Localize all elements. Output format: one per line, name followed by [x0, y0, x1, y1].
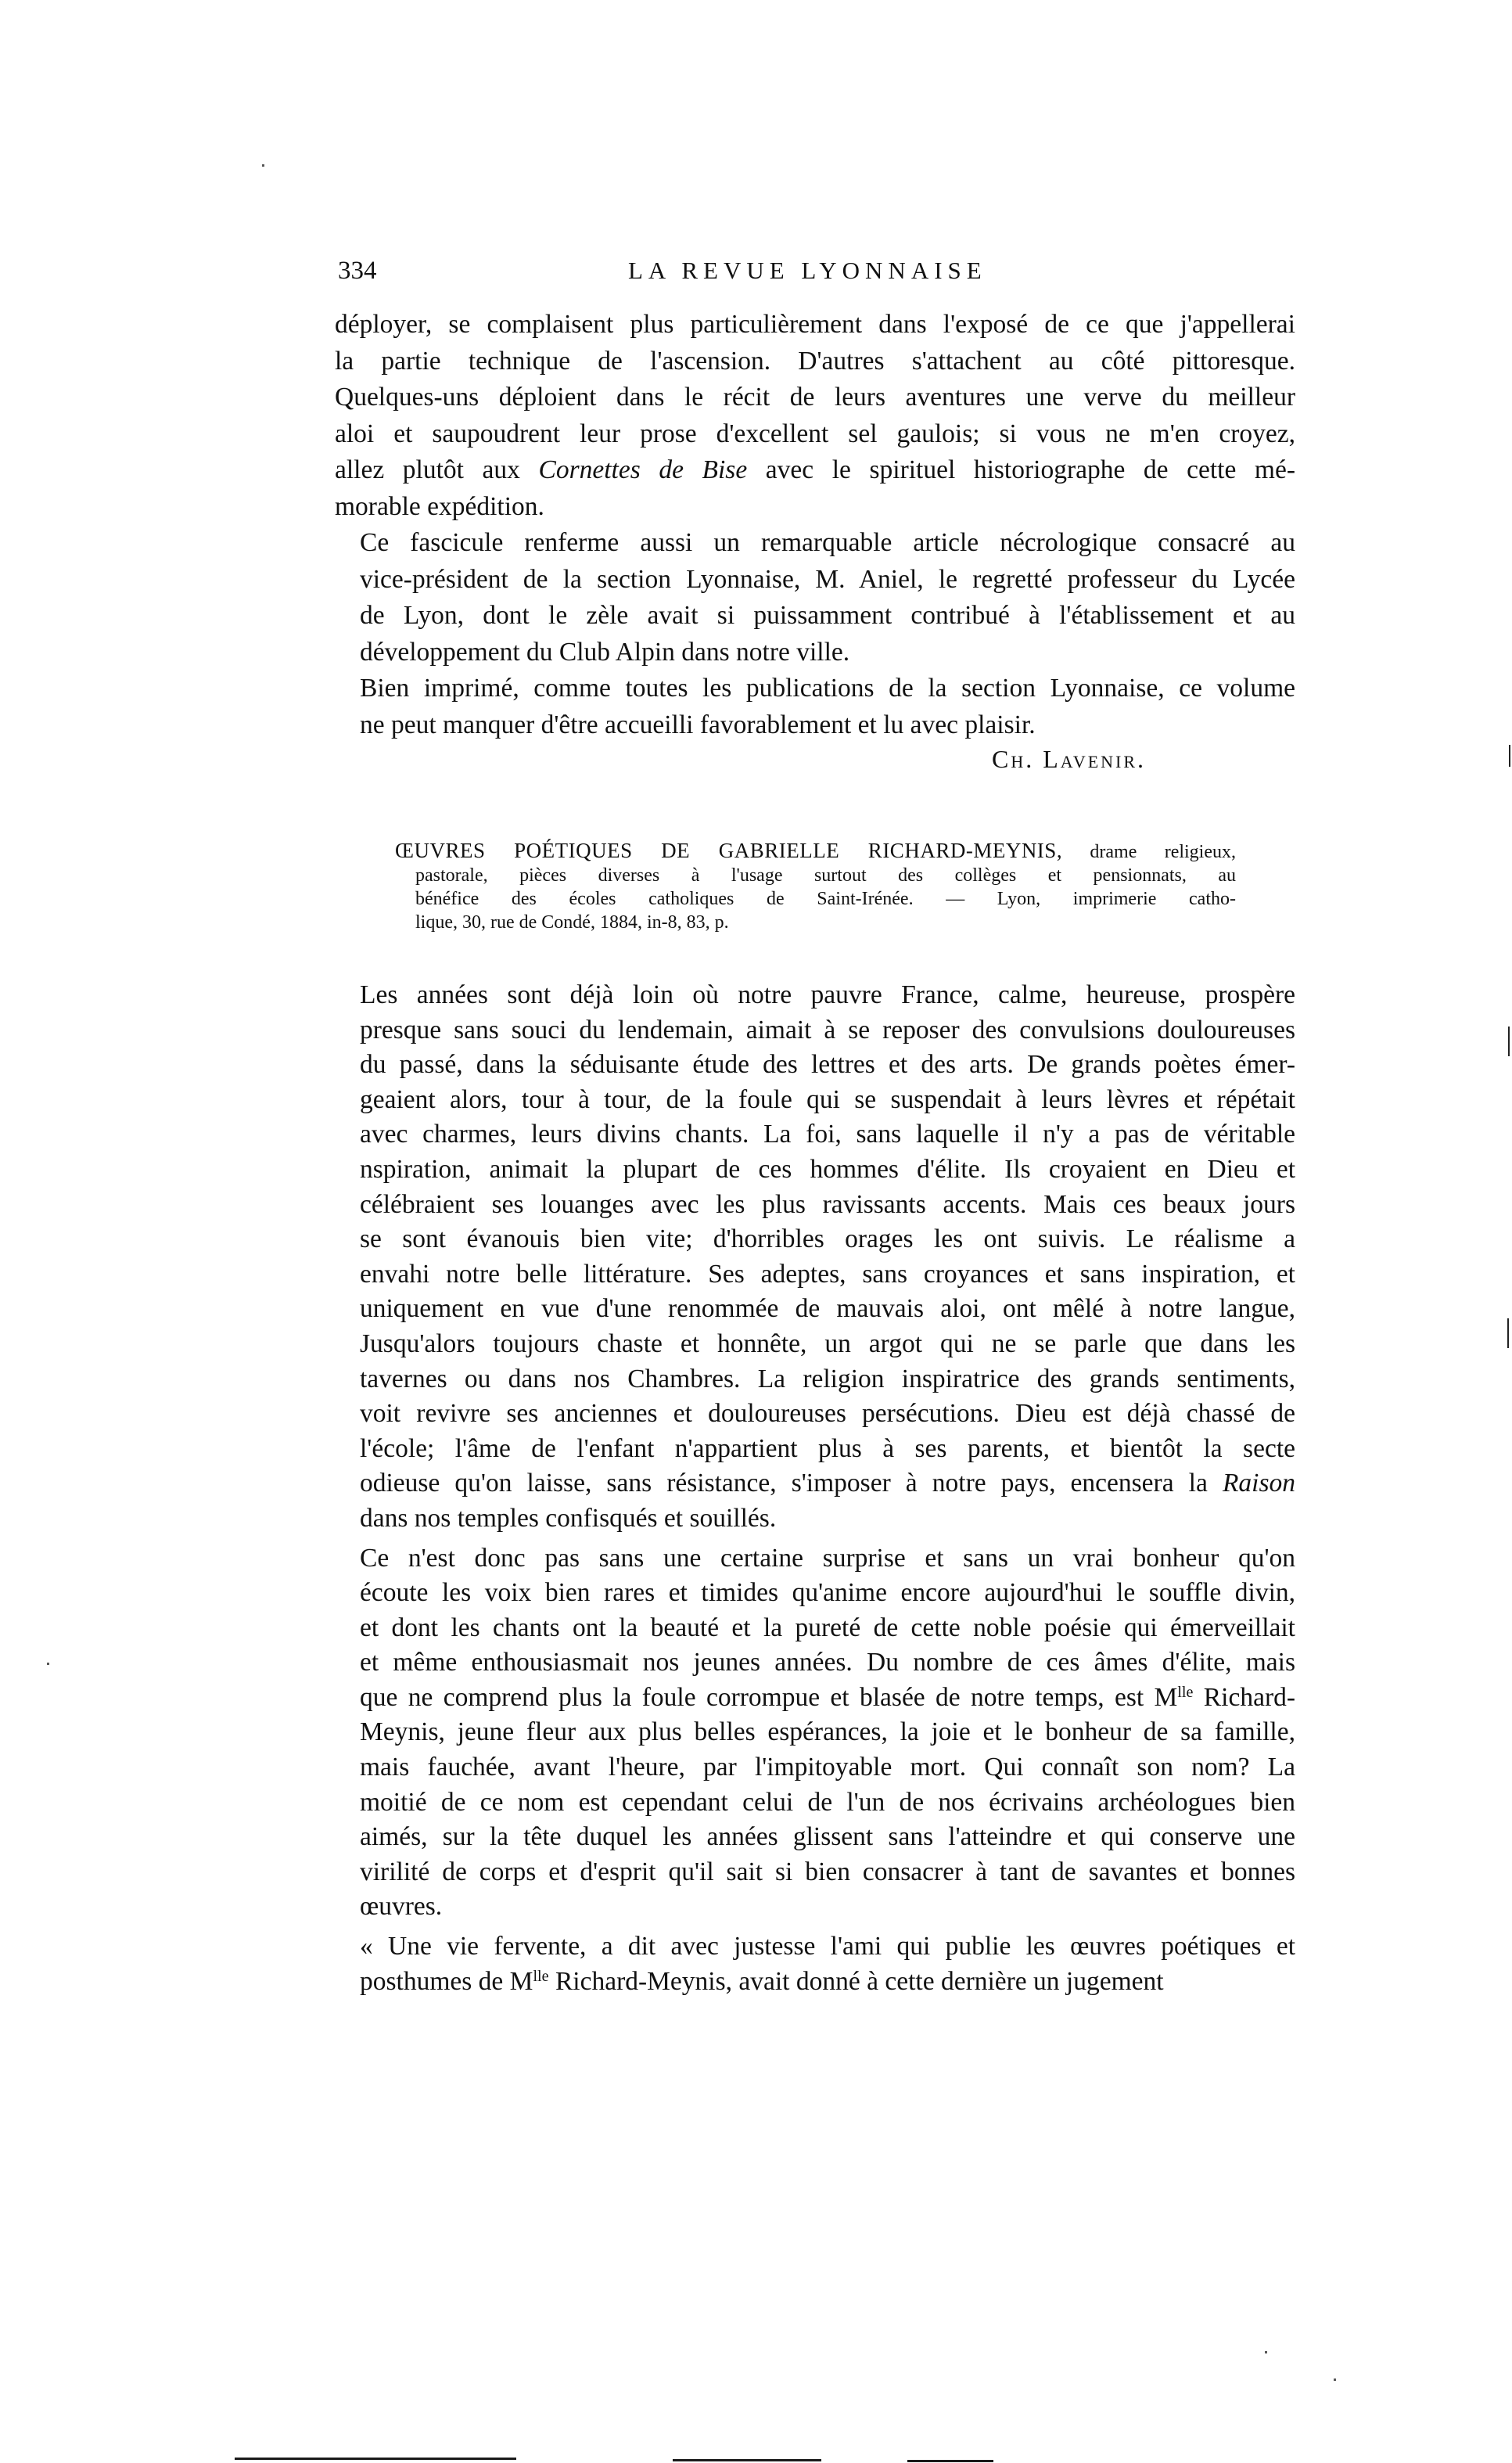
text-line: Meynis, jeune fleur aux plus belles espé…	[335, 1715, 1295, 1750]
biblio-line-1: ŒUVRES POÉTIQUES DE GABRIELLE RICHARD-ME…	[395, 839, 1236, 864]
scan-edge-line	[673, 2459, 821, 2461]
biblio-line-2: pastorale, pièces diverses à l'usage sur…	[395, 864, 1236, 887]
scan-speck	[1265, 2351, 1267, 2353]
review-1-paragraph-3: Bien imprimé, comme toutes les publicati…	[335, 671, 1295, 743]
review-2-body: Les années sont déjà loin où notre pauvr…	[335, 978, 1295, 1999]
text-line: se sont évanouis bien vite; d'horribles …	[335, 1222, 1295, 1257]
review-2-paragraph-3: « Une vie fervente, a dit avec justesse …	[335, 1929, 1295, 1999]
text-line: Ce fascicule renferme aussi un remarquab…	[335, 525, 1295, 562]
text-line: tavernes ou dans nos Chambres. La religi…	[335, 1362, 1295, 1397]
journal-title: LA REVUE LYONNAISE	[628, 255, 987, 286]
review-2-paragraph-2: Ce n'est donc pas sans une certaine surp…	[335, 1541, 1295, 1925]
text-line: uniquement en vue d'une renommée de mauv…	[335, 1292, 1295, 1327]
biblio-line-3: bénéfice des écoles catholiques de Saint…	[395, 887, 1236, 911]
review-1-signature: Ch. Lavenir.	[992, 743, 1146, 775]
running-head: 334 LA REVUE LYONNAISE	[338, 255, 1297, 286]
scan-speck	[1334, 2379, 1336, 2381]
text-line: aloi et saupoudrent leur prose d'excelle…	[335, 416, 1295, 453]
text-line: et même enthousiasmait nos jeunes années…	[335, 1645, 1295, 1681]
text-line: Quelques-uns déploient dans le récit de …	[335, 379, 1295, 416]
text-line: aimés, sur la tête duquel les années gli…	[335, 1820, 1295, 1855]
scan-margin-mark	[1507, 1318, 1509, 1348]
text-line: geaient alors, tour à tour, de la foule …	[335, 1083, 1295, 1118]
text-line: voit revivre ses anciennes et douloureus…	[335, 1397, 1295, 1432]
text-line: déployer, se complaisent plus particuliè…	[335, 307, 1295, 343]
text-line: Jusqu'alors toujours chaste et honnête, …	[335, 1327, 1295, 1362]
text-line: morable expédition.	[335, 489, 1295, 526]
scan-edge-line	[235, 2458, 516, 2460]
text-line: posthumes de Mlle Richard-Meynis, avait …	[335, 1965, 1295, 2000]
text-line: Bien imprimé, comme toutes les publicati…	[335, 671, 1295, 707]
review-1-paragraph-2: Ce fascicule renferme aussi un remarquab…	[335, 525, 1295, 671]
text-line: Ce n'est donc pas sans une certaine surp…	[335, 1541, 1295, 1577]
text-line: ne peut manquer d'être accueilli favorab…	[335, 707, 1295, 744]
text-line: avec charmes, leurs divins chants. La fo…	[335, 1117, 1295, 1152]
text-line: virilité de corps et d'esprit qu'il sait…	[335, 1855, 1295, 1890]
text-line: Les années sont déjà loin où notre pauvr…	[335, 978, 1295, 1013]
scanned-book-page: 334 LA REVUE LYONNAISE déployer, se comp…	[0, 0, 1512, 2463]
text-line: presque sans souci du lendemain, aimait …	[335, 1013, 1295, 1048]
review-2-paragraph-1: Les années sont déjà loin où notre pauvr…	[335, 978, 1295, 1537]
text-line: mais fauchée, avant l'heure, par l'impit…	[335, 1750, 1295, 1785]
text-line: du passé, dans la séduisante étude des l…	[335, 1048, 1295, 1083]
text-line: dans nos temples confisqués et souillés.	[335, 1501, 1295, 1537]
text-line: écoute les voix bien rares et timides qu…	[335, 1576, 1295, 1611]
text-line: et dont les chants ont la beauté et la p…	[335, 1611, 1295, 1646]
bibliographic-entry: ŒUVRES POÉTIQUES DE GABRIELLE RICHARD-ME…	[395, 839, 1236, 934]
text-line: de Lyon, dont le zèle avait si puissamme…	[335, 598, 1295, 635]
review-1-body: déployer, se complaisent plus particuliè…	[335, 307, 1295, 743]
text-line: œuvres.	[335, 1889, 1295, 1925]
book-title: ŒUVRES POÉTIQUES DE GABRIELLE RICHARD-ME…	[395, 839, 1062, 862]
text-line: allez plutôt aux Cornettes de Bise avec …	[335, 452, 1295, 489]
scan-speck	[262, 164, 264, 167]
text-line: la partie technique de l'ascension. D'au…	[335, 343, 1295, 380]
page-number: 334	[338, 255, 377, 286]
biblio-line-4: lique, 30, rue de Condé, 1884, in-8, 83,…	[395, 911, 1236, 934]
scan-margin-mark	[1509, 745, 1510, 767]
scan-margin-mark	[1508, 1027, 1510, 1056]
text-line: moitié de ce nom est cependant celui de …	[335, 1785, 1295, 1821]
text-line: que ne comprend plus la foule corrompue …	[335, 1681, 1295, 1716]
text-line: l'école; l'âme de l'enfant n'appartient …	[335, 1432, 1295, 1467]
book-genre: drame religieux,	[1062, 842, 1236, 862]
text-line: développement du Club Alpin dans notre v…	[335, 635, 1295, 671]
text-line: vice-président de la section Lyonnaise, …	[335, 562, 1295, 599]
text-line: « Une vie fervente, a dit avec justesse …	[335, 1929, 1295, 1965]
text-line: envahi notre belle littérature. Ses adep…	[335, 1257, 1295, 1293]
text-line: célébraient ses louanges avec les plus r…	[335, 1188, 1295, 1223]
text-line: nspiration, animait la plupart de ces ho…	[335, 1152, 1295, 1188]
text-line: odieuse qu'on laisse, sans résistance, s…	[335, 1466, 1295, 1501]
review-1-paragraph-1: déployer, se complaisent plus particuliè…	[335, 307, 1295, 525]
scan-edge-line	[907, 2460, 993, 2462]
scan-speck	[47, 1663, 49, 1665]
